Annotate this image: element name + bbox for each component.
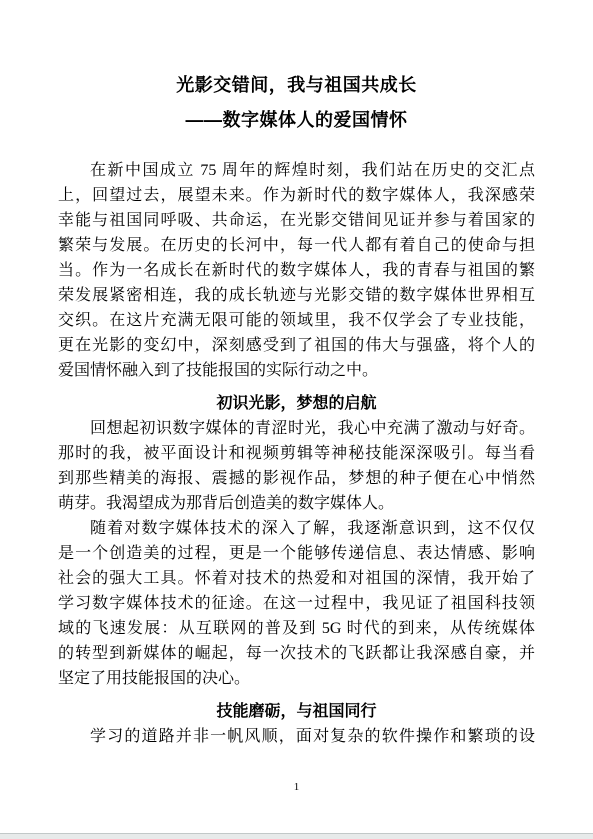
body-line: 当。作为一名成长在新时代的数字媒体人，我的青春与祖国的繁: [58, 258, 535, 283]
paragraph: 学习的道路并非一帆风顺，面对复杂的软件操作和繁琐的设: [58, 724, 535, 749]
body-line: 的转型到新媒体的崛起，每一次技术的飞跃都让我深感自豪，并: [58, 641, 535, 666]
document-body: 在新中国成立 75 周年的辉煌时刻，我们站在历史的交汇点上，回望过去，展望未来。…: [58, 158, 535, 749]
paragraph: 回想起初识数字媒体的青涩时光，我心中充满了激动与好奇。那时的我，被平面设计和视频…: [58, 416, 535, 516]
body-line: 域的飞速发展：从互联网的普及到 5G 时代的到来，从传统媒体: [58, 616, 535, 641]
paragraph: 随着对数字媒体技术的深入了解，我逐渐意识到，这不仅仅是一个创造美的过程，更是一个…: [58, 516, 535, 691]
section-heading: 初识光影，梦想的启航: [58, 391, 535, 416]
body-line: 到那些精美的海报、震撼的影视作品，梦想的种子便在心中悄然: [58, 466, 535, 491]
document-subtitle: ——数字媒体人的爱国情怀: [0, 103, 593, 138]
body-line: 更在光影的变幻中，深刻感受到了祖国的伟大与强盛，将个人的: [58, 333, 535, 358]
body-line: 坚定了用技能报国的决心。: [58, 666, 535, 691]
page-number: 1: [0, 780, 593, 794]
body-line: 那时的我，被平面设计和视频剪辑等神秘技能深深吸引。每当看: [58, 441, 535, 466]
body-line: 学习数字媒体技术的征途。在这一过程中，我见证了祖国科技领: [58, 591, 535, 616]
body-line: 社会的强大工具。怀着对技术的热爱和对祖国的深情，我开始了: [58, 566, 535, 591]
document-page: 光影交错间，我与祖国共成长 ——数字媒体人的爱国情怀 在新中国成立 75 周年的…: [0, 0, 593, 839]
body-line: 爱国情怀融入到了技能报国的实际行动之中。: [58, 358, 535, 383]
body-line: 交织。在这片充满无限可能的领域里，我不仅学会了专业技能，: [58, 308, 535, 333]
body-line: 是一个创造美的过程，更是一个能够传递信息、表达情感、影响: [58, 541, 535, 566]
body-line: 学习的道路并非一帆风顺，面对复杂的软件操作和繁琐的设: [58, 724, 535, 749]
paragraph: 在新中国成立 75 周年的辉煌时刻，我们站在历史的交汇点上，回望过去，展望未来。…: [58, 158, 535, 383]
body-line: 萌芽。我渴望成为那背后创造美的数字媒体人。: [58, 491, 535, 516]
document-title: 光影交错间，我与祖国共成长: [0, 68, 593, 103]
body-line: 随着对数字媒体技术的深入了解，我逐渐意识到，这不仅仅: [58, 516, 535, 541]
body-line: 上，回望过去，展望未来。作为新时代的数字媒体人，我深感荣: [58, 183, 535, 208]
section-heading: 技能磨砺，与祖国同行: [58, 699, 535, 724]
body-line: 荣发展紧密相连，我的成长轨迹与光影交错的数字媒体世界相互: [58, 283, 535, 308]
body-line: 在新中国成立 75 周年的辉煌时刻，我们站在历史的交汇点: [58, 158, 535, 183]
body-line: 回想起初识数字媒体的青涩时光，我心中充满了激动与好奇。: [58, 416, 535, 441]
page-bottom-edge: [0, 833, 593, 839]
body-line: 繁荣与发展。在历史的长河中，每一代人都有着自己的使命与担: [58, 233, 535, 258]
body-line: 幸能与祖国同呼吸、共命运，在光影交错间见证并参与着国家的: [58, 208, 535, 233]
title-block: 光影交错间，我与祖国共成长 ——数字媒体人的爱国情怀: [0, 0, 593, 138]
